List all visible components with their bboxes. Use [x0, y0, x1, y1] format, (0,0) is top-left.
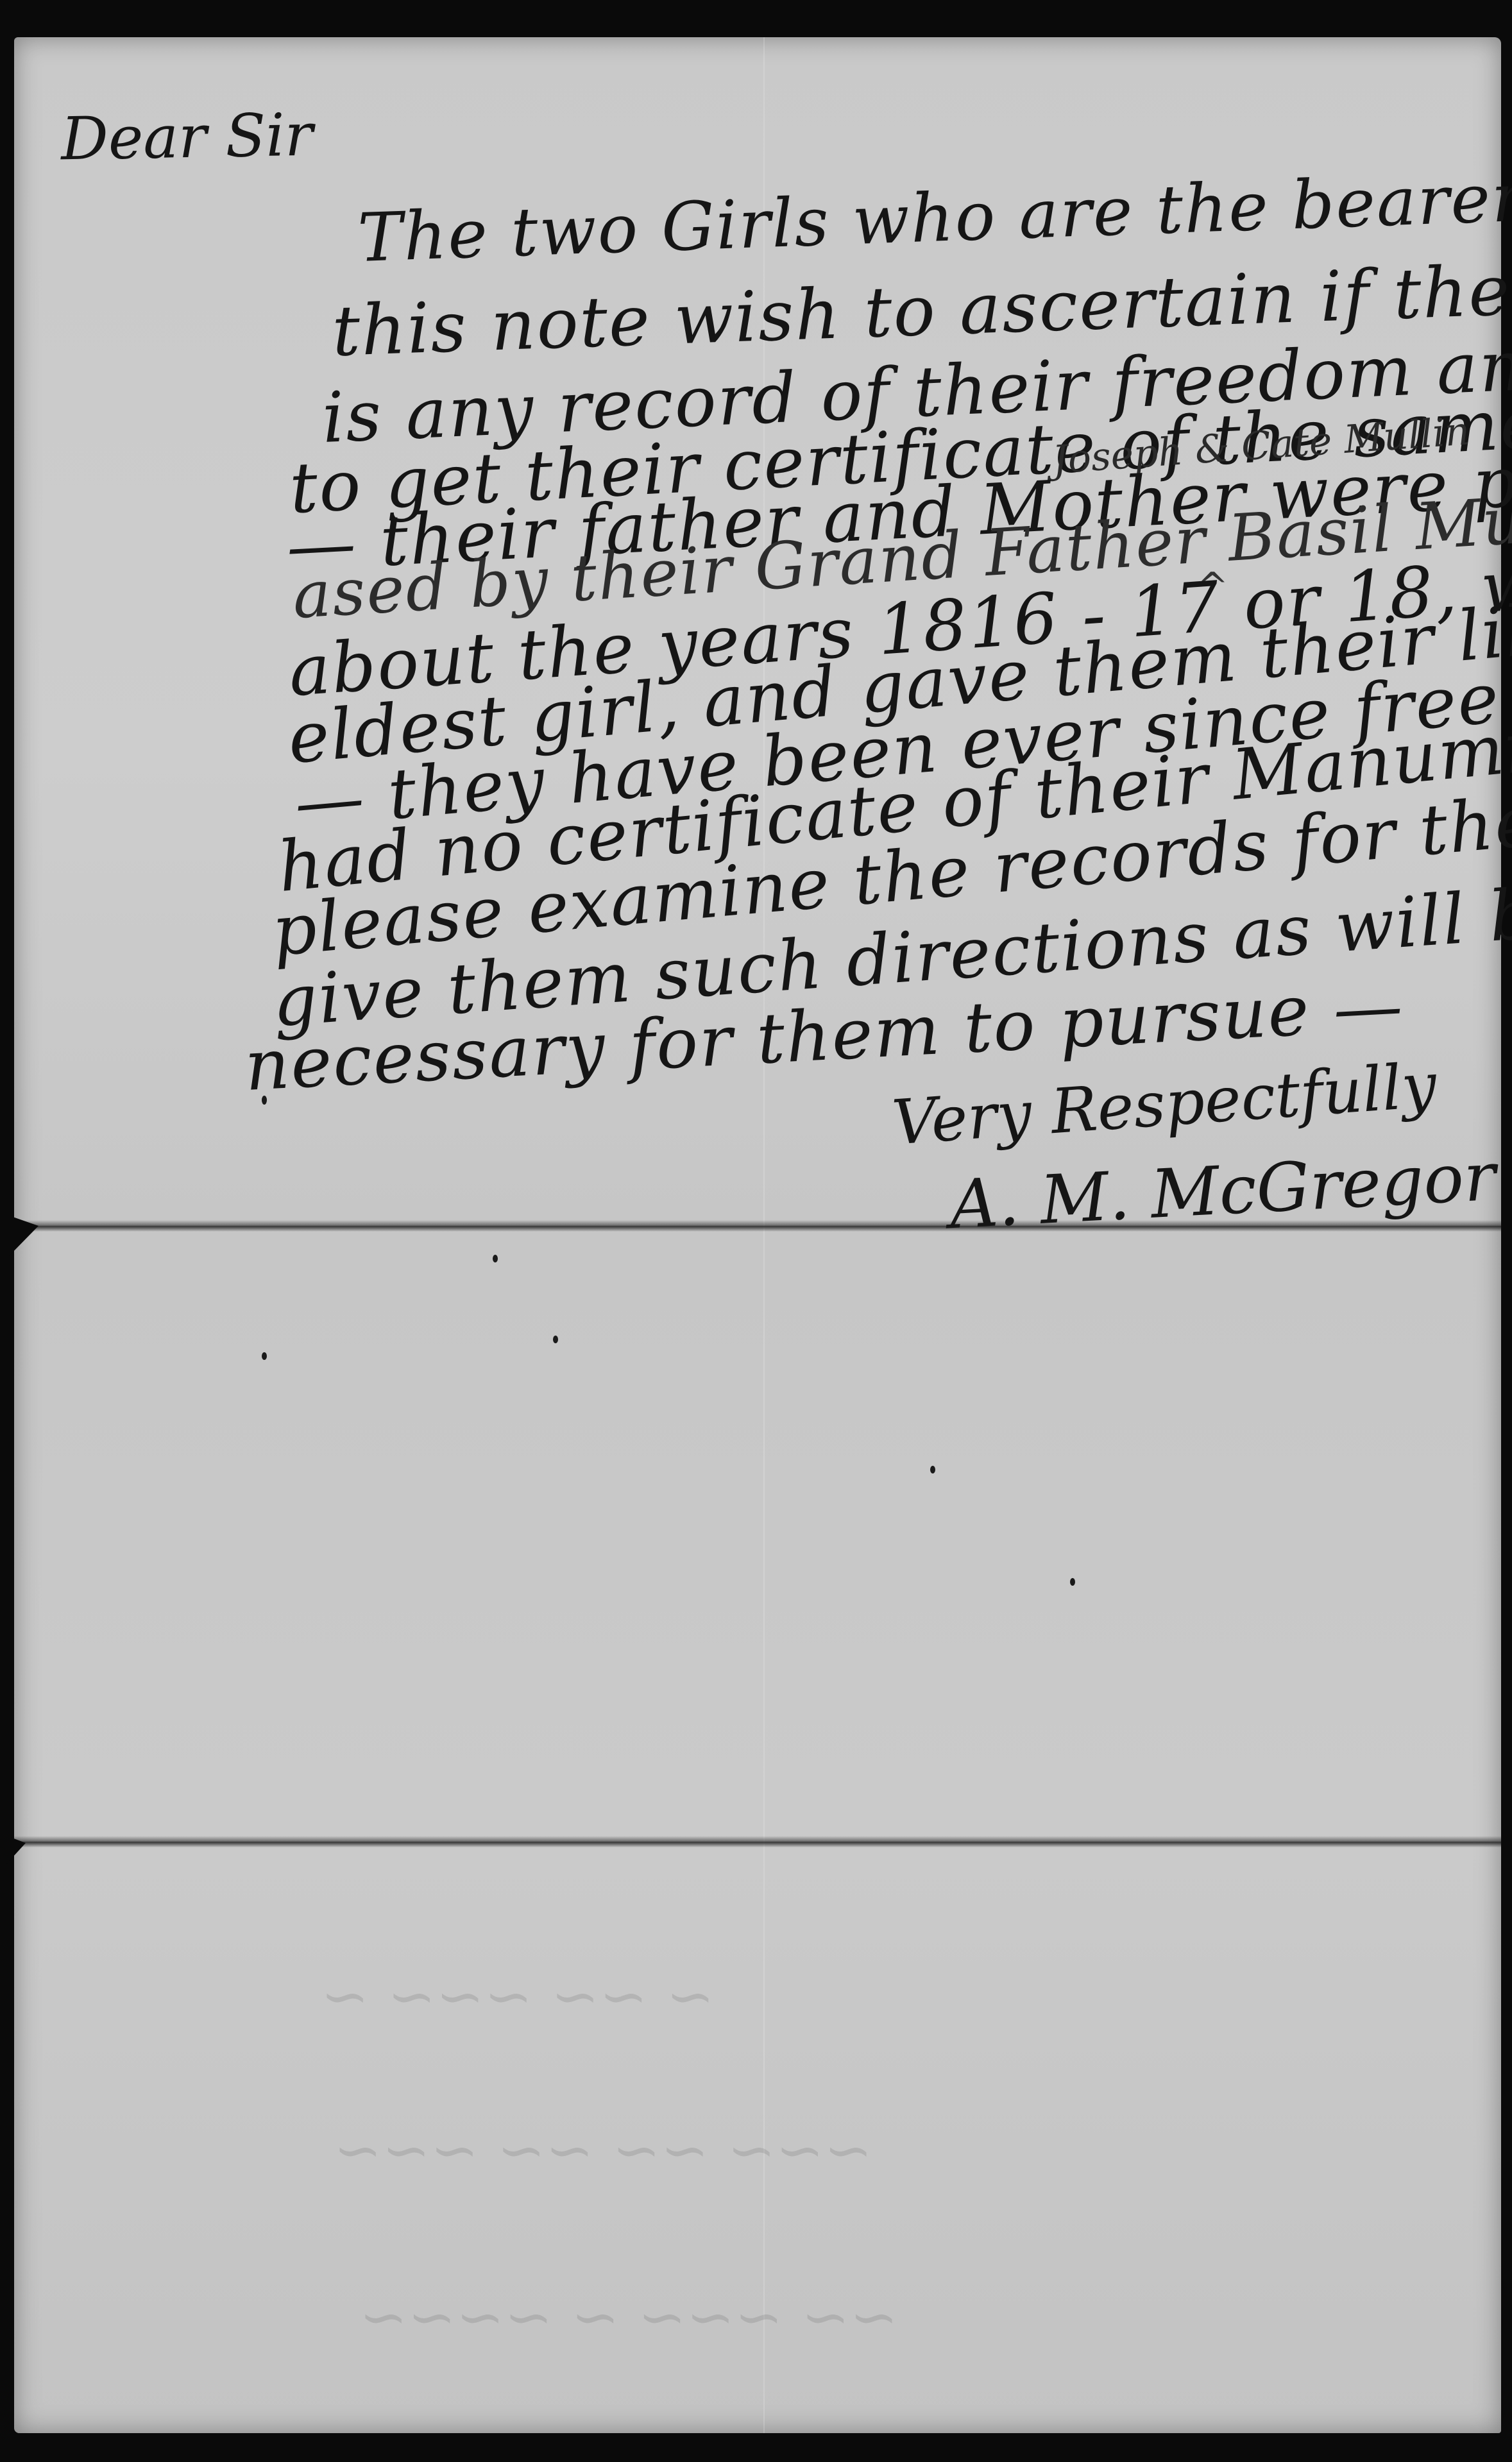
ink-spot [262, 1352, 267, 1360]
ink-spot [553, 1336, 558, 1343]
bleed-through-text: ~~ ~~~ ~ ~~~~ [359, 2284, 898, 2351]
ink-spot [493, 1255, 498, 1262]
bleed-through-text: ~~~ ~~ ~~ ~~~ [334, 2117, 872, 2184]
ink-spot [262, 1096, 267, 1105]
ink-spot [1070, 1578, 1075, 1586]
salutation: Dear Sir [60, 101, 314, 174]
fold-line-lower [14, 1836, 1501, 1847]
ink-spot [930, 1466, 935, 1473]
letter-body: Dear Sir The two Girls who are the beare… [0, 0, 1512, 1219]
bleed-through-text: ~ ~~ ~~~ ~ [321, 1963, 715, 2030]
